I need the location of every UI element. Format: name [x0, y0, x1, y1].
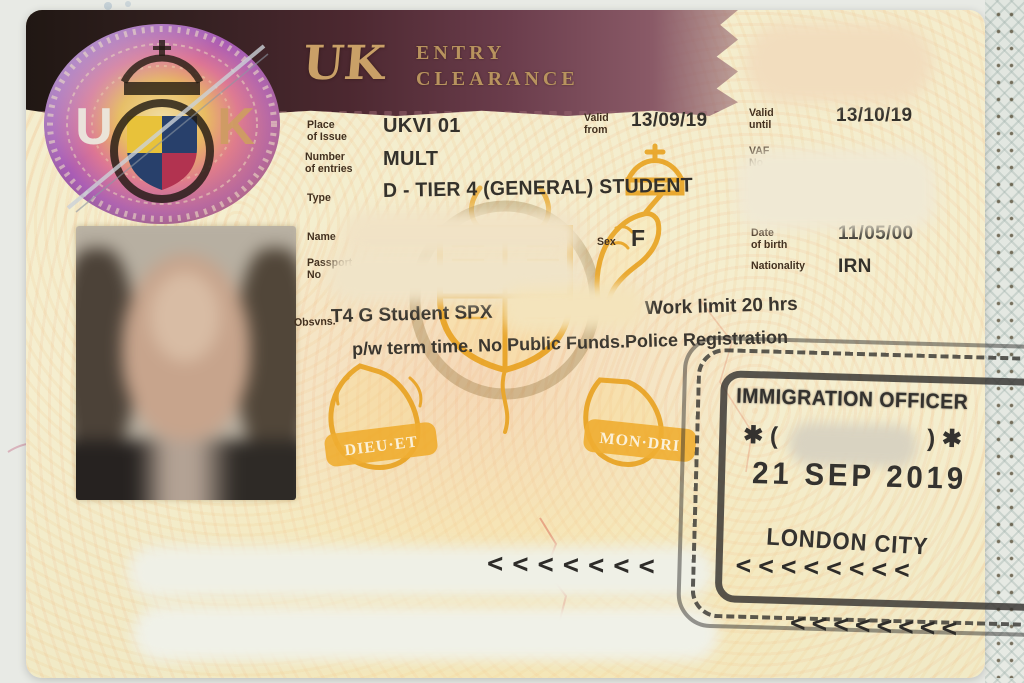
portrait-photo — [76, 226, 296, 500]
stamp-decor-right: ) ✱ — [927, 424, 963, 454]
number-of-entries-value: MULT — [383, 148, 438, 171]
place-of-issue-value: UKVI 01 — [383, 115, 461, 138]
number-of-entries-label: Number of entries — [305, 152, 353, 176]
valid-from-label: Valid from — [584, 113, 609, 137]
date-of-birth-label: Date of birth — [751, 228, 787, 252]
observations-line1-prefix: T4 G Student SPX — [331, 302, 493, 329]
passport-page: UK ENTRY CLEARANCE — [0, 0, 1024, 683]
observations-line1-suffix: Work limit 20 hrs — [645, 294, 798, 320]
valid-from-value: 13/09/19 — [631, 110, 707, 132]
mrz-chevrons-row1-right: <<<<<<<< — [735, 551, 917, 586]
stamp-decor-left: ✱ ( — [743, 421, 779, 451]
redacted-vaf-number — [737, 150, 935, 230]
portrait-blur — [76, 226, 296, 500]
immigration-stamp: IMMIGRATION OFFICER ✱ ( ) ✱ 21 SEP 2019 … — [672, 335, 1024, 645]
place-of-issue-label: Place of Issue — [307, 120, 347, 144]
stamp-date: 21 SEP 2019 — [752, 455, 968, 497]
nationality-label: Nationality — [751, 261, 805, 273]
valid-until-label: Valid until — [749, 108, 774, 132]
redacted-sponsor-number — [501, 284, 644, 333]
observations-label: Obsvns. — [294, 317, 336, 330]
sex-value: F — [631, 225, 645, 252]
type-label: Type — [307, 193, 331, 205]
name-label: Name — [307, 232, 336, 244]
redacted-mrz-line2 — [133, 606, 719, 661]
valid-until-value: 13/10/19 — [836, 105, 912, 127]
mrz-chevrons-row2: <<<<<<<< — [789, 608, 963, 644]
nationality-value: IRN — [838, 256, 872, 278]
redacted-vignette-number — [746, 24, 932, 102]
sex-label: Sex — [597, 237, 616, 249]
mrz-chevrons-row1-left: <<<<<<< — [487, 548, 664, 582]
